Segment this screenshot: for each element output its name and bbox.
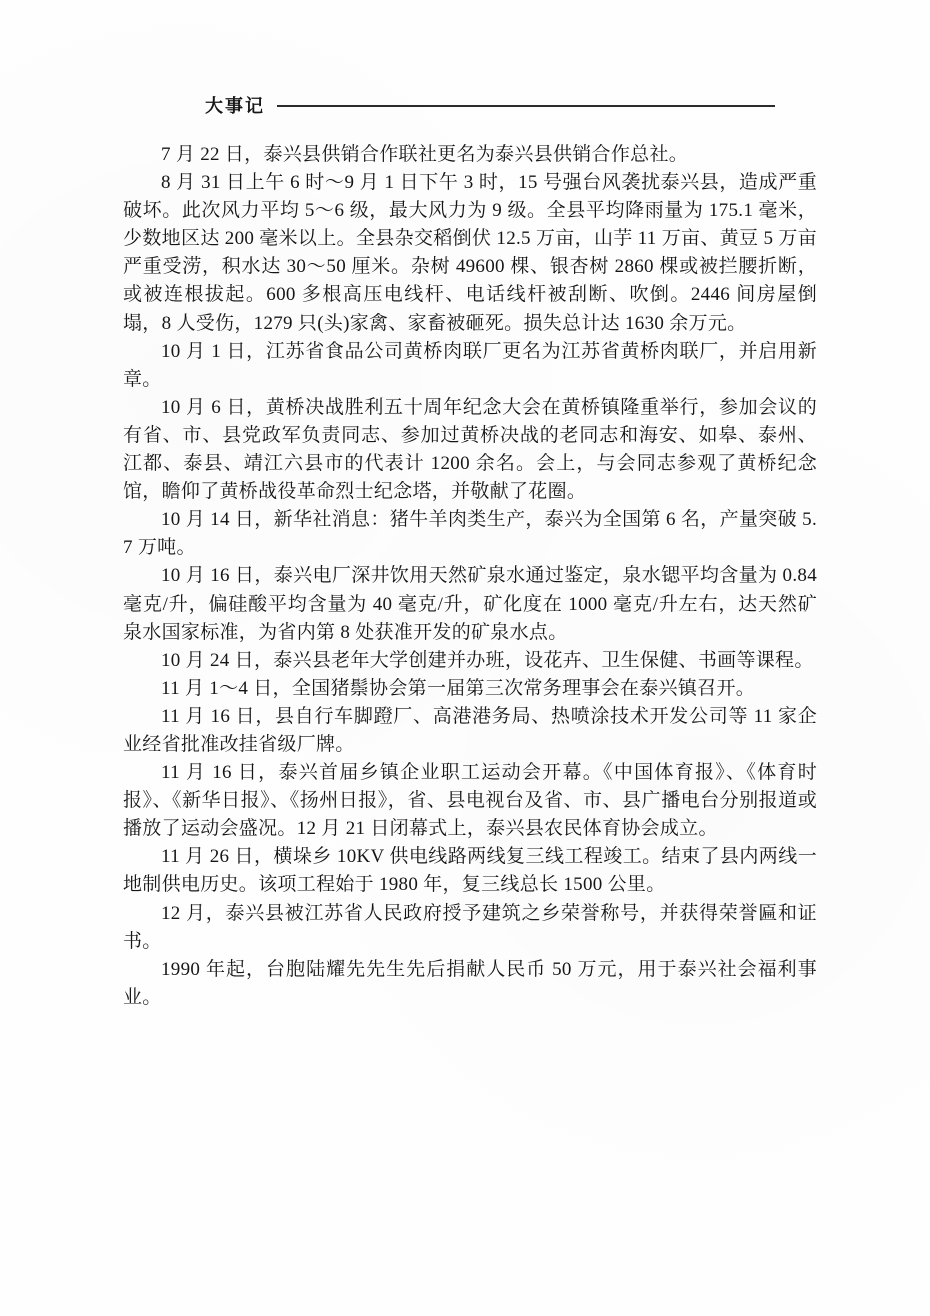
- entry-paragraph: 7 月 22 日，泰兴县供销合作联社更名为泰兴县供销合作总社。: [123, 141, 817, 169]
- page-header: 大事记: [205, 92, 775, 118]
- entry-paragraph: 8 月 31 日上午 6 时～9 月 1 日下午 3 时，15 号强台风袭扰泰兴…: [123, 169, 817, 338]
- entry-paragraph: 11 月 16 日，泰兴首届乡镇企业职工运动会开幕。《中国体育报》、《体育时报》…: [123, 759, 817, 843]
- entry-paragraph: 10 月 14 日，新华社消息：猪牛羊肉类生产，泰兴为全国第 6 名，产量突破 …: [123, 506, 817, 562]
- entry-paragraph: 10 月 16 日，泰兴电厂深井饮用天然矿泉水通过鉴定，泉水锶平均含量为 0.8…: [123, 562, 817, 646]
- page-title: 大事记: [205, 92, 265, 118]
- entry-paragraph: 10 月 1 日，江苏省食品公司黄桥肉联厂更名为江苏省黄桥肉联厂，并启用新章。: [123, 338, 817, 394]
- entry-paragraph: 11 月 26 日，横垛乡 10KV 供电线路两线复三线工程竣工。结束了县内两线…: [123, 843, 817, 899]
- entry-paragraph: 12 月，泰兴县被江苏省人民政府授予建筑之乡荣誉称号，并获得荣誉匾和证书。: [123, 900, 817, 956]
- entry-paragraph: 10 月 24 日，泰兴县老年大学创建并办班，设花卉、卫生保健、书画等课程。: [123, 647, 817, 675]
- entry-paragraph: 11 月 1～4 日，全国猪鬃协会第一届第三次常务理事会在泰兴镇召开。: [123, 675, 817, 703]
- entry-paragraph: 10 月 6 日，黄桥决战胜利五十周年纪念大会在黄桥镇隆重举行，参加会议的有省、…: [123, 394, 817, 506]
- entry-paragraph: 1990 年起，台胞陆耀先先生先后捐献人民币 50 万元，用于泰兴社会福利事业。: [123, 956, 817, 1012]
- scanned-document-page: 大事记 7 月 22 日，泰兴县供销合作联社更名为泰兴县供销合作总社。 8 月 …: [0, 0, 930, 1316]
- entry-paragraph: 11 月 16 日，县自行车脚蹬厂、高港港务局、热喷涂技术开发公司等 11 家企…: [123, 703, 817, 759]
- header-rule: [277, 105, 775, 107]
- document-body: 7 月 22 日，泰兴县供销合作联社更名为泰兴县供销合作总社。 8 月 31 日…: [123, 141, 817, 1012]
